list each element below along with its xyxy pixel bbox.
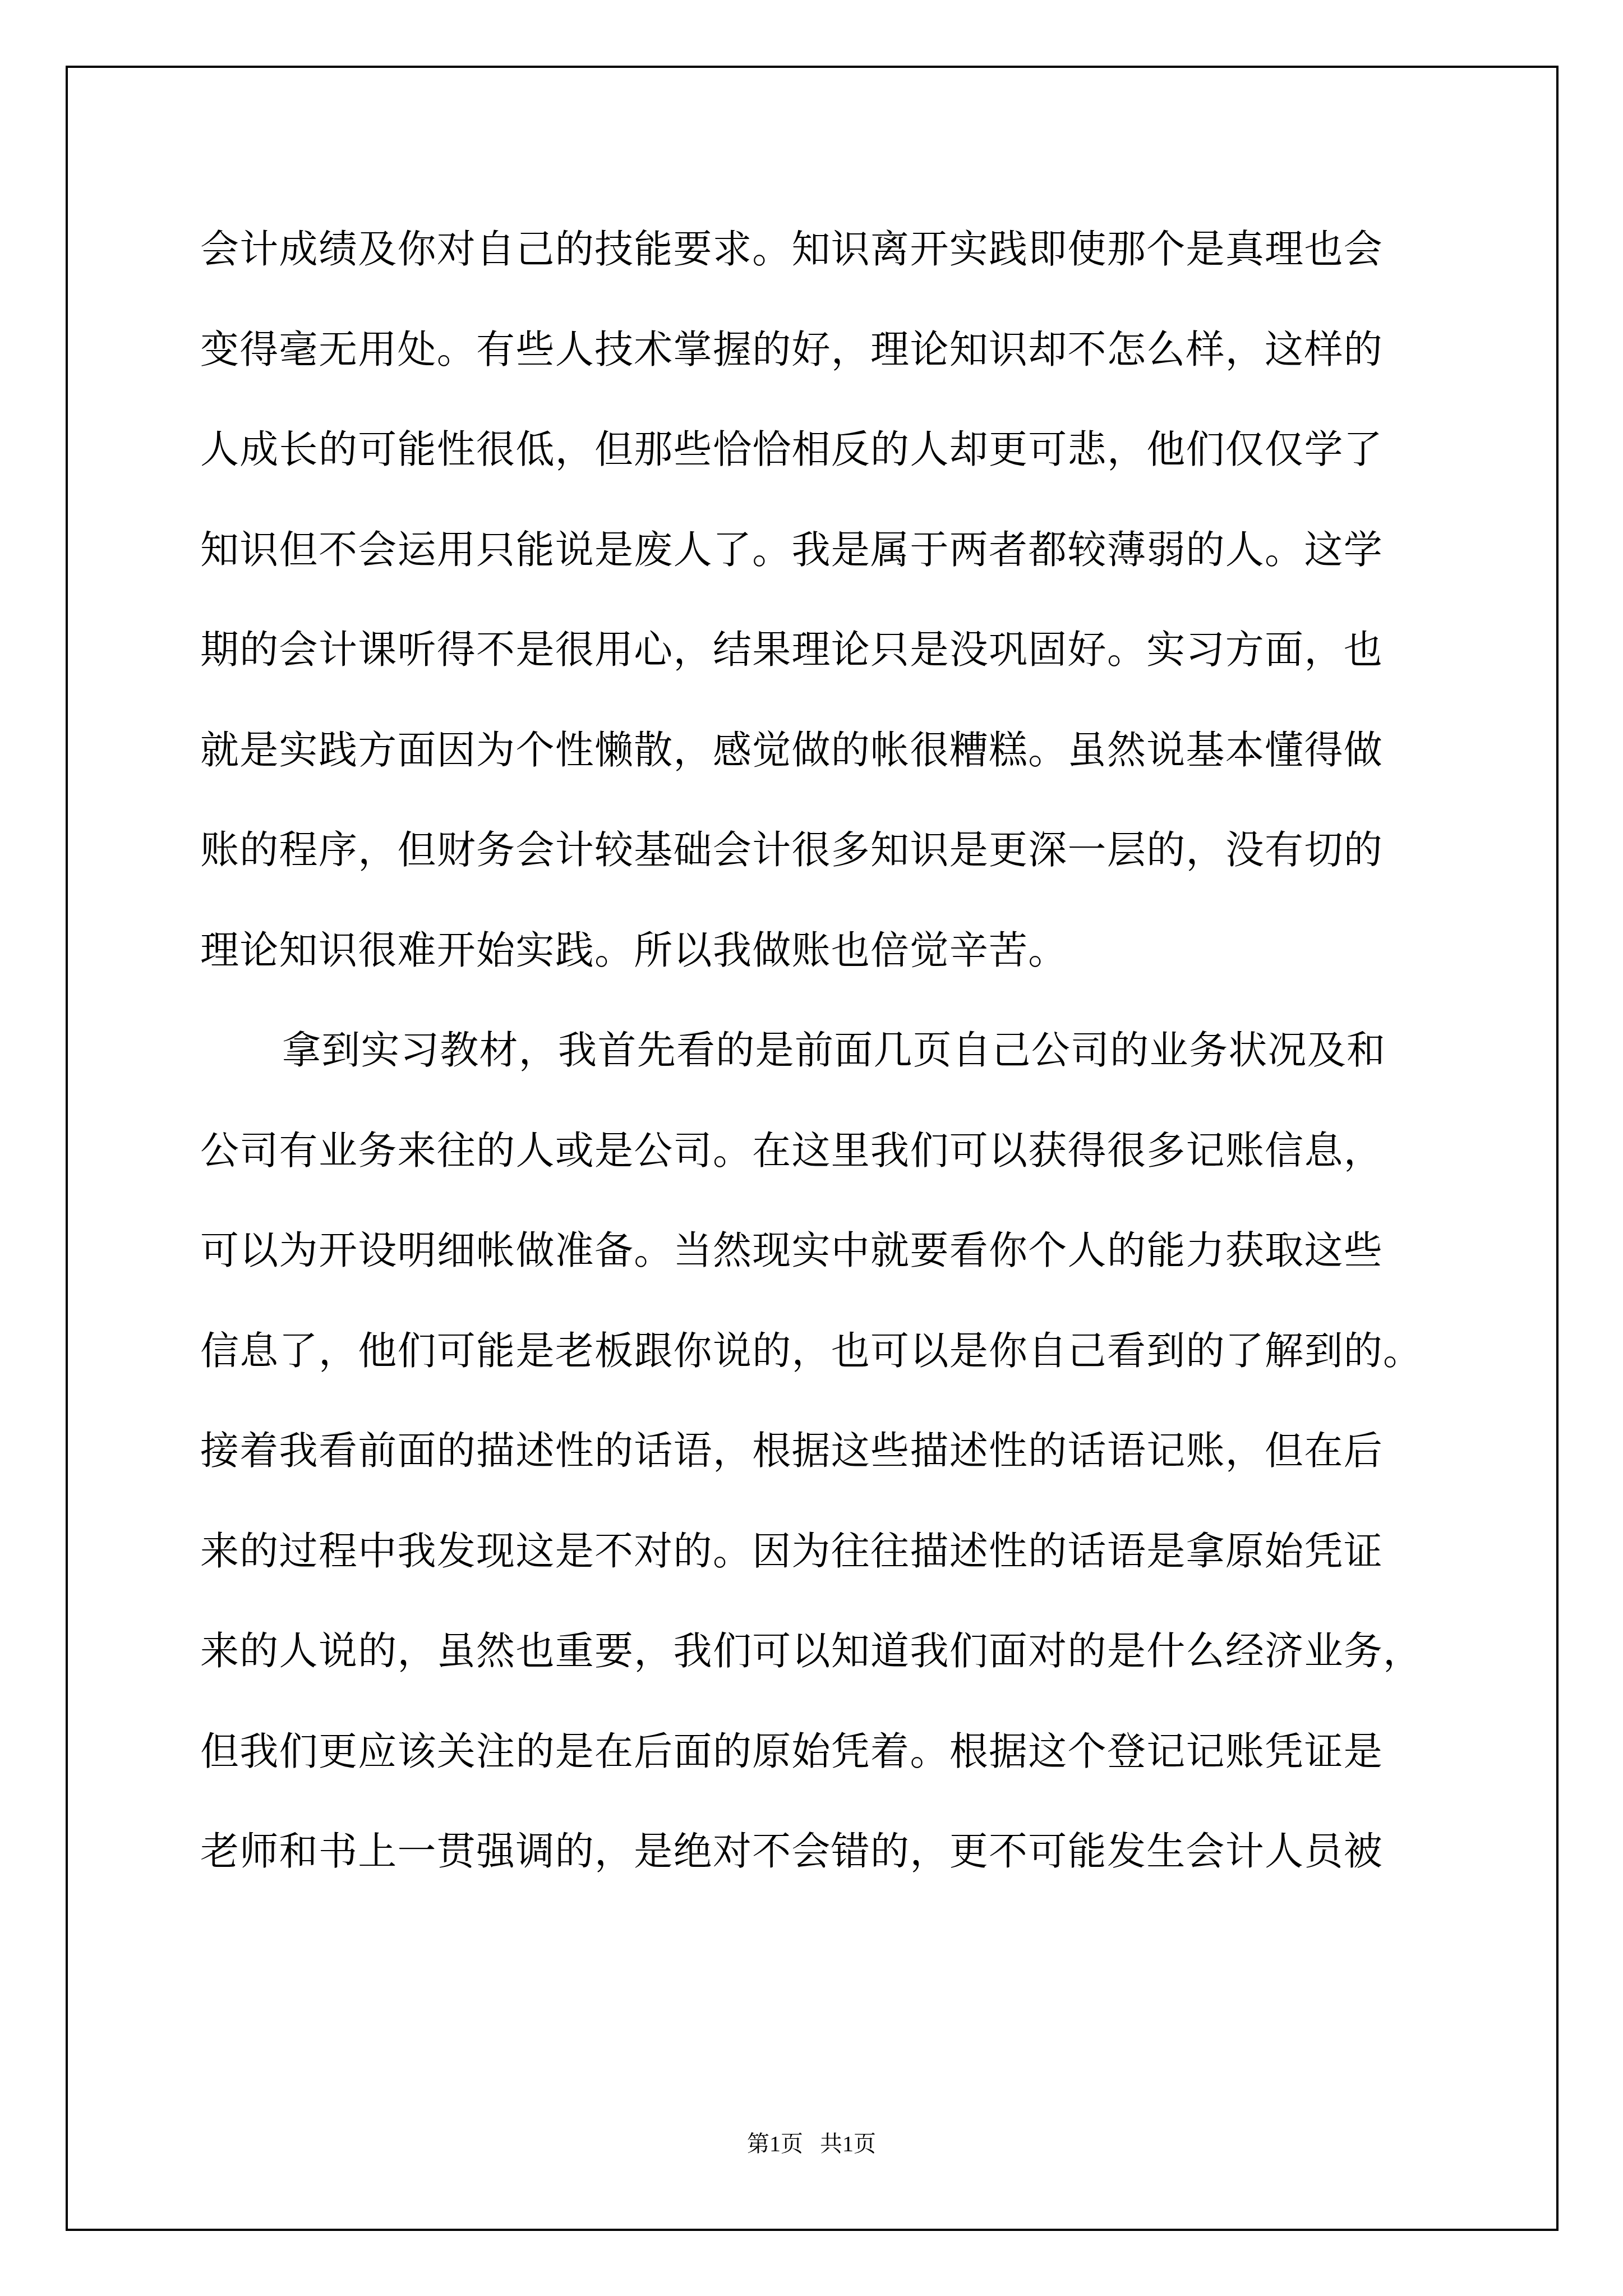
text-line-12: 信息了，他们可能是老板跟你说的，也可以是你自己看到的了解到的。 <box>200 1301 1426 1402</box>
text-line-5: 期的会计课听得不是很用心，结果理论只是没巩固好。实习方面，也 <box>200 600 1426 701</box>
text-line-2: 变得毫无用处。有些人技术掌握的好，理论知识却不怎么样，这样的 <box>200 300 1426 401</box>
text-line-1: 会计成绩及你对自己的技能要求。知识离开实践即使那个是真理也会 <box>200 200 1426 300</box>
text-line-10: 公司有业务来往的人或是公司。在这里我们可以获得很多记账信息， <box>200 1101 1426 1202</box>
page-number-footer: 第1页 共1页 <box>0 2129 1623 2159</box>
text-line-15: 来的人说的，虽然也重要，我们可以知道我们面对的是什么经济业务， <box>200 1602 1426 1702</box>
text-line-8: 理论知识很难开始实践。所以我做账也倍觉辛苦。 <box>200 901 1426 1001</box>
text-line-4: 知识但不会运用只能说是废人了。我是属于两者都较薄弱的人。这学 <box>200 500 1426 601</box>
text-line-7: 账的程序，但财务会计较基础会计很多知识是更深一层的，没有切的 <box>200 800 1426 901</box>
text-line-17: 老师和书上一贯强调的，是绝对不会错的，更不可能发生会计人员被 <box>200 1802 1426 1902</box>
text-line-16: 但我们更应该关注的是在后面的原始凭着。根据这个登记记账凭证是 <box>200 1702 1426 1802</box>
text-line-14: 来的过程中我发现这是不对的。因为往往描述性的话语是拿原始凭证 <box>200 1502 1426 1602</box>
paragraph-start-line-9: 拿到实习教材，我首先看的是前面几页自己公司的业务状况及和 <box>200 1001 1426 1101</box>
text-line-11: 可以为开设明细帐做准备。当然现实中就要看你个人的能力获取这些 <box>200 1201 1426 1301</box>
text-line-13: 接着我看前面的描述性的话语，根据这些描述性的话语记账，但在后 <box>200 1401 1426 1502</box>
document-body: 会计成绩及你对自己的技能要求。知识离开实践即使那个是真理也会 变得毫无用处。有些… <box>200 200 1426 1902</box>
text-line-3: 人成长的可能性很低，但那些恰恰相反的人却更可悲，他们仅仅学了 <box>200 400 1426 500</box>
text-line-6: 就是实践方面因为个性懒散，感觉做的帐很糟糕。虽然说基本懂得做 <box>200 701 1426 801</box>
